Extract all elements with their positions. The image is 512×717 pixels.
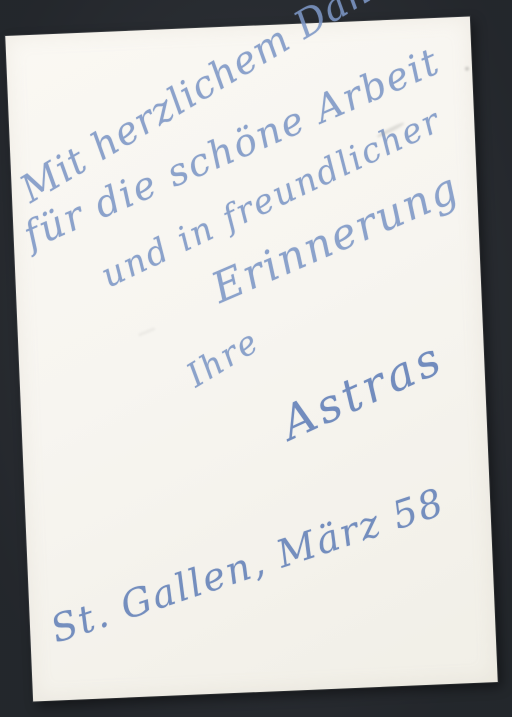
photo-back-card: Mit herzlichem Dank für die schöne Arbei… (5, 17, 497, 702)
speck-mark (465, 67, 469, 71)
stain-mark (138, 327, 156, 337)
handwritten-signature: Astras (273, 330, 452, 450)
handwriting-closing: Ihre (180, 321, 267, 395)
scanned-photo-back: Mit herzlichem Dank für die schöne Arbei… (0, 0, 512, 717)
handwritten-place-date: St. Gallen, März 58 (45, 480, 450, 652)
